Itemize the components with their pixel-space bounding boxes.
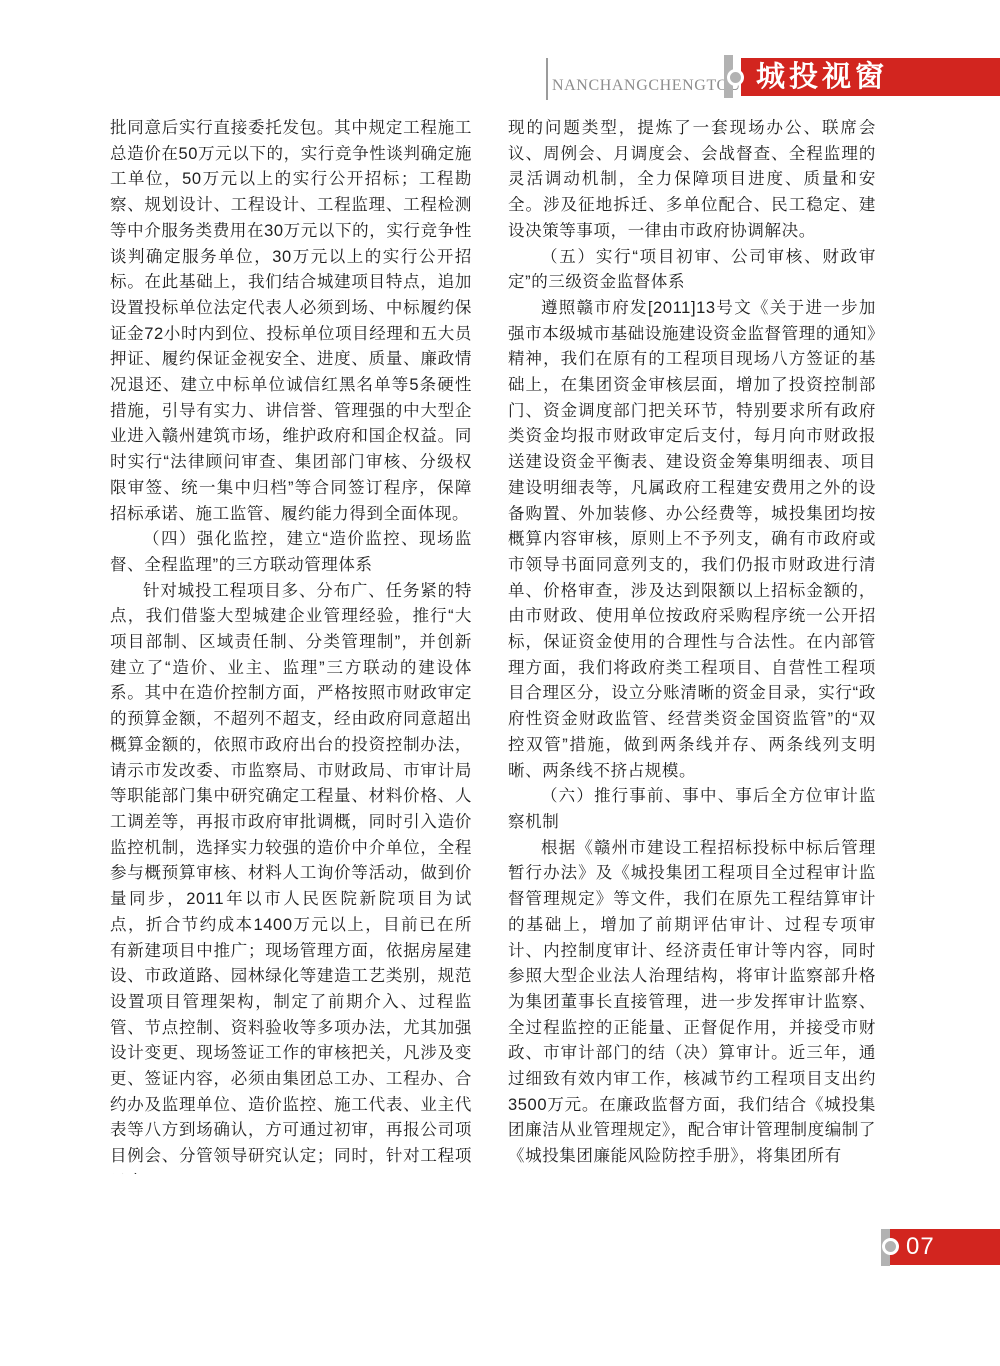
left-text-column: 批同意后实行直接委托发包。其中规定工程施工总造价在50万元以下的，实行竞争性谈判…: [110, 116, 472, 1174]
subsection-heading: （五）实行“项目初审、公司审核、财政审定”的三级资金监督体系: [508, 245, 876, 296]
subsection-heading: （四）强化监控，建立“造价监控、现场监督、全程监理”的三方联动管理体系: [110, 527, 472, 578]
subsection-heading: （六）推行事前、事中、事后全方位审计监察机制: [508, 784, 876, 835]
magazine-page: NANCHANGCHENGTOU 城投视窗 批同意后实行直接委托发包。其中规定工…: [0, 0, 1000, 1366]
body-paragraph: 根据《赣州市建设工程招标投标中标后管理暂行办法》及《城投集团工程项目全过程审计监…: [508, 836, 876, 1170]
journal-name-english: NANCHANGCHENGTOU: [552, 76, 741, 96]
body-paragraph: 遵照赣市府发[2011]13号文《关于进一步加强市本级城市基础设施建设资金监督管…: [508, 296, 876, 784]
section-banner-title: 城投视窗: [741, 58, 1000, 96]
header-divider-line: [546, 58, 548, 100]
circle-bullet-icon: [727, 69, 744, 86]
body-paragraph: 针对城投工程项目多、分布广、任务紧的特点，我们借鉴大型城建企业管理经验，推行“大…: [110, 579, 472, 1174]
body-paragraph: 现的问题类型，提炼了一套现场办公、联席会议、周例会、月调度会、会战督查、全程监理…: [508, 116, 876, 245]
body-paragraph: 批同意后实行直接委托发包。其中规定工程施工总造价在50万元以下的，实行竞争性谈判…: [110, 116, 472, 527]
circle-bullet-icon: [882, 1238, 899, 1255]
right-text-column: 现的问题类型，提炼了一套现场办公、联席会议、周例会、月调度会、会战督查、全程监理…: [508, 116, 876, 1174]
page-number: 07: [906, 1233, 935, 1261]
